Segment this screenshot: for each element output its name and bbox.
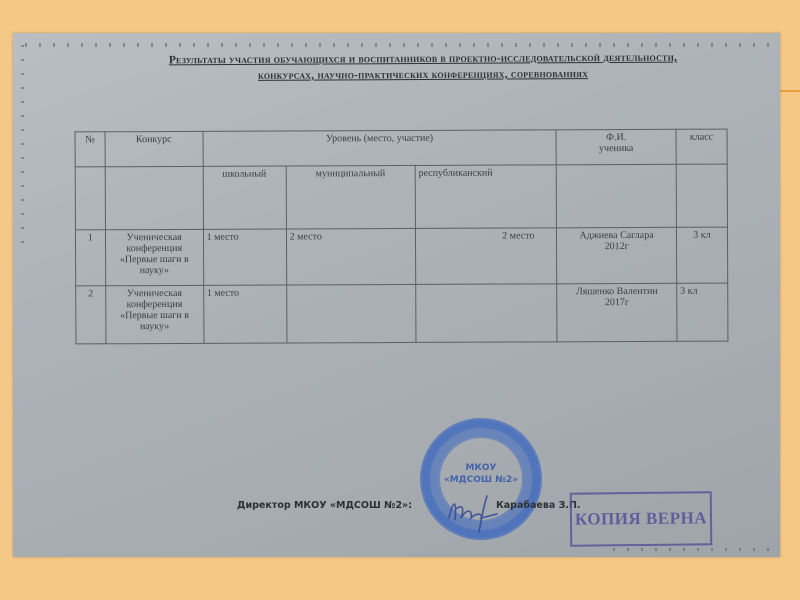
cell-fio: Аджиева Саглара 2012г	[557, 227, 677, 284]
cell-school: 1 место	[203, 285, 286, 343]
document-title: Результаты участия обучающихся и воспита…	[73, 49, 773, 85]
header-level-republic: республиканский	[415, 165, 557, 229]
header-level-municipal: муниципальный	[286, 165, 415, 229]
header-fio-line1: Ф.И.	[560, 132, 673, 143]
seal-line-2: «МДСОШ №2»	[422, 474, 540, 486]
cell-fio-name: Ляшенко Валентин	[561, 286, 674, 297]
cell-fio: Ляшенко Валентин 2017г	[557, 283, 677, 342]
seal-text: МКОУ «МДСОШ №2»	[422, 462, 540, 486]
cell-school: 1 место	[203, 229, 286, 285]
header-level-school: школьный	[203, 166, 286, 229]
header-class: класс	[676, 129, 727, 164]
document-photo: Результаты участия обучающихся и воспита…	[13, 33, 780, 557]
cell-contest: Ученическая конференция «Первые шаги в н…	[105, 285, 203, 343]
table-row: 1 Ученическая конференция «Первые шаги в…	[75, 227, 727, 286]
cell-municipal: 2 место	[286, 228, 415, 285]
cell-fio-year: 2012г	[560, 241, 673, 252]
cell-municipal	[286, 284, 415, 343]
cell-contest: Ученическая конференция «Первые шаги в н…	[105, 229, 203, 285]
signature-label: Директор МКОУ «МДСОШ №2»:	[237, 500, 412, 511]
decorative-border-left	[21, 45, 24, 245]
subheader-empty	[557, 164, 677, 228]
decorative-border-bottom	[613, 548, 773, 551]
cell-fio-year: 2017г	[561, 297, 674, 308]
cell-num: 1	[75, 230, 105, 286]
signature-name: Карабаева З.П.	[496, 500, 581, 511]
cell-republic	[416, 284, 558, 343]
subheader-empty	[75, 167, 105, 230]
copy-certified-stamp: КОПИЯ ВЕРНА	[570, 491, 713, 546]
header-level: Уровень (место, участие)	[203, 130, 557, 167]
header-contest: Конкурс	[105, 131, 203, 166]
header-num: №	[75, 132, 105, 167]
cell-republic: 2 место	[415, 228, 557, 285]
subheader-empty	[105, 166, 203, 229]
header-fio-line2: ученика	[560, 143, 673, 154]
table-subheader-row: школьный муниципальный республиканский	[75, 164, 727, 230]
cell-fio-name: Аджиева Саглара	[560, 230, 673, 241]
results-table: № Конкурс Уровень (место, участие) Ф.И. …	[75, 129, 729, 345]
subheader-empty	[676, 164, 727, 227]
cell-class: 3 кл	[677, 283, 728, 341]
decorative-border-top	[25, 43, 772, 47]
cell-num: 2	[76, 286, 106, 344]
header-fio: Ф.И. ученика	[556, 129, 676, 165]
seal-line-1: МКОУ	[422, 462, 540, 474]
cell-class: 3 кл	[676, 227, 727, 283]
table-row: 2 Ученическая конференция «Первые шаги в…	[76, 283, 728, 344]
table-header-row: № Конкурс Уровень (место, участие) Ф.И. …	[75, 129, 727, 167]
